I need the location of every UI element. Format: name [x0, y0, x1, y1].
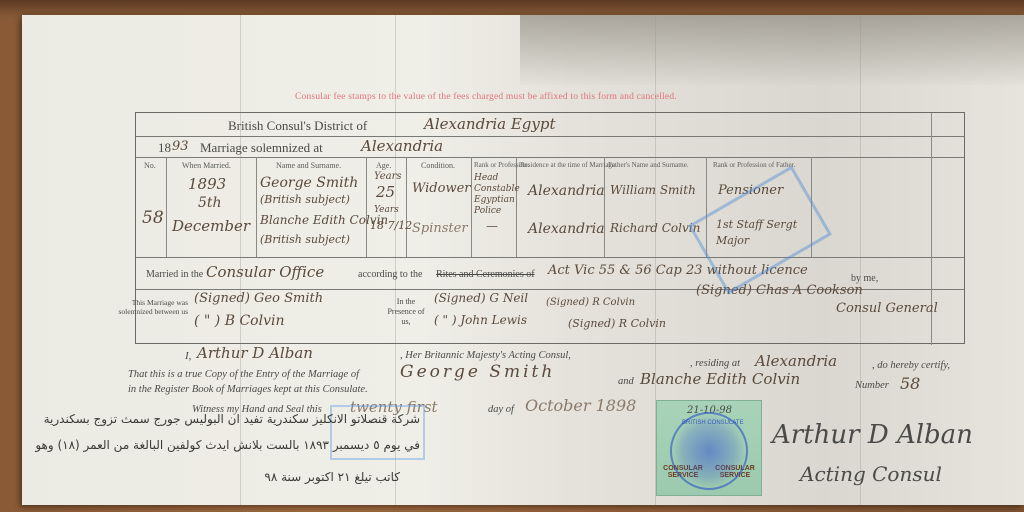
cert-consul-title: , Her Britannic Majesty's Acting Consul,	[400, 350, 571, 361]
cert-residing-value: Alexandria	[755, 352, 837, 370]
col-name: Name and Surname.	[276, 161, 341, 170]
groom-profession: Head Constable Egyptian Police	[474, 173, 518, 217]
day-of-label: day of	[488, 404, 514, 415]
entry-number: 58	[142, 208, 164, 228]
presence-label: In the Presence of us,	[386, 297, 426, 327]
rites-struck: Rites and Ceremonies of	[436, 269, 535, 280]
groom-residence: Alexandria	[528, 183, 605, 199]
cert-number-label: Number	[855, 380, 889, 391]
solemnized-value: Alexandria	[361, 137, 443, 155]
cert-i: I,	[185, 350, 191, 362]
cert-register: in the Register Book of Marriages kept a…	[128, 384, 368, 395]
bride-age-label: Years	[374, 205, 399, 215]
bride-profession: —	[486, 219, 498, 233]
officiant-title: Consul General	[836, 301, 938, 316]
cert-certify: , do hereby certify,	[872, 360, 950, 371]
groom-age-label: Years	[374, 171, 402, 182]
bride-nationality: (British subject)	[260, 233, 350, 246]
witness-4-signature: (Signed) R Colvin	[568, 317, 666, 330]
district-label: British Consul's District of	[228, 118, 367, 134]
district-value: Alexandria Egypt	[424, 115, 556, 133]
groom-age: 25	[376, 183, 395, 201]
groom-signature: (Signed) Geo Smith	[194, 291, 323, 306]
arabic-note-line-3: كاتب تيلغ ٢١ اكتوبر سنة ٩٨	[230, 470, 400, 484]
bride-age: 18 7/12	[370, 219, 412, 232]
witness-3-signature: (Signed) R Colvin	[546, 297, 635, 308]
witness-1-signature: (Signed) G Neil	[434, 291, 528, 305]
solemnized-between-label: This Marriage was solemnized between us	[118, 298, 188, 316]
seal-text: BRITISH CONSULATE	[682, 420, 744, 426]
fee-stamp-notice: Consular fee stamps to the value of the …	[295, 92, 677, 102]
groom-name: George Smith	[260, 175, 358, 191]
cert-consul-name: Arthur D Alban	[197, 344, 313, 362]
officiant-signature: (Signed) Chas A Cookson	[696, 283, 863, 298]
cert-number: 58	[900, 374, 920, 393]
according-label: according to the	[358, 269, 422, 280]
year-suffix: 93	[172, 139, 189, 154]
col-age: Age.	[376, 161, 391, 170]
marriage-register-table: British Consul's District of Alexandria …	[135, 112, 965, 344]
entry-month: December	[172, 217, 250, 235]
cert-bride: Blanche Edith Colvin	[640, 370, 800, 388]
arabic-note-line-1: شركة قنصلاتو الانكليز سكندرية تفيد ان ال…	[30, 412, 420, 426]
cert-and: and	[618, 376, 634, 387]
witness-2-signature: ( " ) John Lewis	[434, 313, 527, 327]
married-in-label: Married in the	[146, 269, 203, 280]
col-residence: Residence at the time of Marriage.	[520, 161, 617, 169]
bride-residence: Alexandria	[528, 221, 605, 237]
groom-nationality: (British subject)	[260, 193, 350, 206]
year-prefix: 18	[158, 140, 171, 156]
col-father-name: Father's Name and Surname.	[608, 161, 689, 169]
bride-condition: Spinster	[412, 221, 468, 236]
married-in-value: Consular Office	[206, 263, 324, 281]
bride-father-name: Richard Colvin	[610, 221, 700, 235]
col-condition: Condition.	[421, 161, 455, 170]
closing-title: Acting Consul	[800, 462, 942, 486]
paper-fold-shadow	[520, 15, 1024, 85]
cert-true-copy: That this is a true Copy of the Entry of…	[128, 369, 359, 380]
consulate-seal-icon: BRITISH CONSULATE	[670, 412, 748, 490]
witness-month-year: October 1898	[525, 396, 636, 415]
cert-groom: George Smith	[400, 362, 555, 382]
entry-year: 1893	[188, 175, 226, 193]
closing-signature: Arthur D Alban	[772, 420, 973, 450]
solemnized-label: Marriage solemnized at	[200, 140, 323, 156]
entry-day: 5th	[198, 195, 222, 211]
cert-residing-label: , residing at	[690, 358, 740, 369]
arabic-note-line-2: في يوم ٥ ديسمبر ۱۸۹۳ بالست بلانش ايدث كو…	[30, 438, 420, 452]
bride-name: Blanche Edith Colvin	[260, 213, 388, 227]
col-father-profession: Rank or Profession of Father.	[713, 161, 795, 169]
bride-signature: ( " ) B Colvin	[194, 313, 284, 329]
groom-condition: Widower	[412, 181, 470, 196]
col-no: No.	[144, 161, 156, 170]
groom-father-name: William Smith	[610, 183, 696, 197]
col-when-married: When Married.	[182, 161, 231, 170]
